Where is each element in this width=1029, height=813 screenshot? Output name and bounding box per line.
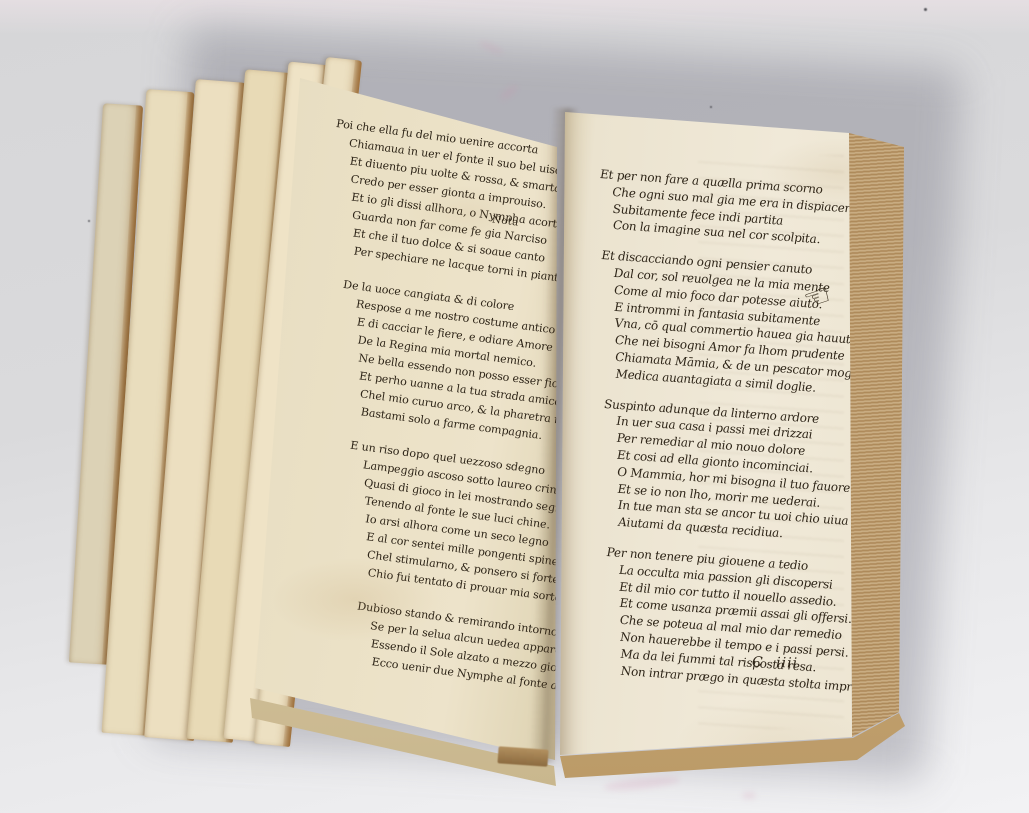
verse-line: Non hauerebbe il tempo e i passi persi.	[620, 629, 859, 662]
photo-backdrop: Poi che ella fu del mio uenire accortaCh…	[0, 0, 1029, 813]
verse-line: Et diuento piu uolte & rossa, & smarta	[350, 153, 570, 200]
verse-line: Et per non fare a quælla prima scorno	[600, 166, 851, 200]
verse-line: Et cosi ad ella gionto incominciai.	[617, 447, 856, 480]
verse-line: La occulta mia passion gli discopersi	[619, 562, 858, 595]
dust-speck	[924, 8, 927, 11]
verse-line: E intrommi in fantasia subitamente	[614, 298, 853, 331]
signature-mark: C iiii	[752, 654, 798, 671]
stanza: Suspinto adunque da linterno ardoreIn ue…	[604, 396, 857, 548]
verse-line: Guarda non far come fe gia Narciso	[352, 207, 572, 254]
verse-line: Ma da lei fummi tal risposta resa.	[620, 645, 859, 678]
verse-line: Medica auantagiata a simil doglie.	[615, 366, 854, 399]
spine-foot	[497, 746, 548, 766]
verse-line: Con la imagine sua nel cor scolpita.	[613, 217, 852, 250]
verse-line: Vna, cō qual commertio hauea gia hauuto	[615, 315, 854, 348]
verse-line: Dal cor, sol reuolgea ne la mia mente	[614, 265, 853, 298]
manicule-left-icon: ☜	[800, 280, 835, 317]
verse-line: Per spechiare ne lacque torni in pianto,	[354, 242, 574, 289]
verse-line: Suspinto adunque da linterno ardore	[604, 396, 855, 430]
verse-line: Come al mio foco dar potesse aiuto.	[614, 282, 853, 315]
verse-line: Che se poteua al mal mio dar remedio	[620, 612, 859, 645]
verse-line: In uer sua casa i passi mei drizzai	[616, 413, 855, 446]
right-page: Et per non fare a quælla prima scornoChe…	[556, 103, 916, 803]
verse-line: Aiutami da quæsta recidiua.	[618, 514, 857, 547]
verse-line: Per remediar al mio nouo dolore	[617, 430, 856, 463]
verse-line: Et dil mio cor tutto il nouello assedio.	[619, 578, 858, 611]
stanza: Per non tenere piu giouene a tedioLa occ…	[607, 544, 860, 696]
verse-line: Et come usanza præmii assai gli offersi.	[619, 595, 858, 628]
verse-line: Non intrar prægo in quæsta stolta impres…	[621, 662, 860, 695]
verse-line: Credo per esser gionta a improuiso.	[350, 171, 570, 218]
verse-line: Et che il tuo dolce & si soaue canto	[353, 224, 573, 271]
stanza: Et discacciando ogni pensier canutoDal c…	[601, 247, 854, 399]
stanza: Et per non fare a quælla prima scornoChe…	[600, 166, 852, 251]
verse-line: Che nei bisogni Amor fa lhom prudente	[615, 332, 854, 365]
ink-bleedthrough	[698, 155, 844, 729]
left-page-surface: Poi che ella fu del mio uenire accortaCh…	[248, 70, 564, 786]
verse-line: Che ogni suo mal gia me era in dispiacer…	[612, 184, 851, 217]
verse-line: Et se io non lho, morir me uederai.	[617, 480, 856, 513]
verse-line: O Mammia, hor mi bisogna il tuo fauore	[617, 464, 856, 497]
verse-line: Per non tenere piu giouene a tedio	[607, 544, 858, 578]
verse-line: Poi che ella fu del mio uenire accorta	[336, 115, 568, 163]
verse-line: In tue man sta se ancor tu uoi chio uiua	[618, 497, 857, 530]
dust-speck	[88, 220, 90, 222]
verse-text-block-right: Et per non fare a quælla prima scornoChe…	[600, 166, 859, 696]
left-page: Poi che ella fu del mio uenire accortaCh…	[248, 70, 564, 786]
verse-line: Chiamata Māmia, & de un pescator moglie	[615, 349, 854, 382]
stanza: Poi che ella fu del mio uenire accortaCh…	[336, 115, 574, 289]
verse-line: Et io gli dissi allhora, o Nympha acorta	[351, 189, 571, 236]
verse-line: Subitamente fece indi partita	[613, 200, 852, 233]
margin-note: Nota	[491, 214, 519, 228]
verse-line: Et discacciando ogni pensier canuto	[601, 247, 852, 281]
verse-line: De la uoce cangiata & di colore	[343, 276, 575, 324]
backdrop-tint	[0, 0, 1029, 34]
verse-line: Chiamaua in uer el fonte il suo bel uiso	[349, 135, 569, 182]
